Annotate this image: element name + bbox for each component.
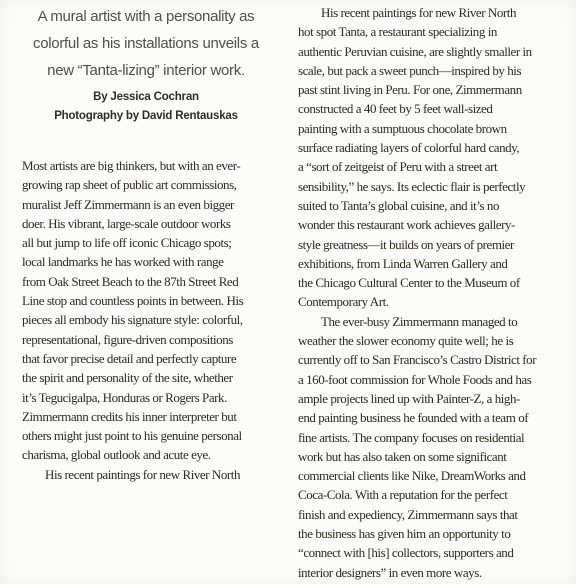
deck-line: colorful as his installations unveils a — [0, 30, 292, 57]
body-text-line: The ever-busy Zimmermann managed to — [298, 312, 572, 331]
body-text-line: currently off to San Francisco’s Castro … — [298, 350, 572, 369]
body-text-line: ample projects lined up with Painter-Z, … — [298, 389, 572, 408]
magazine-article-page: A mural artist with a personality as col… — [0, 0, 576, 584]
body-text-line: commercial clients like Nike, DreamWorks… — [298, 466, 572, 485]
body-text-line: muralist Jeff Zimmermann is an even bigg… — [22, 195, 284, 214]
body-text-line: the Chicago Cultural Center to the Museu… — [298, 273, 572, 292]
left-column-text: Most artists are big thinkers, but with … — [22, 156, 284, 484]
body-text-line: from Oak Street Beach to the 87th Street… — [22, 272, 284, 291]
body-text-line: a 160-foot commission for Whole Foods an… — [298, 370, 572, 389]
body-text-line: weather the slower economy quite well; h… — [298, 331, 572, 350]
body-text-line: scale, but pack a sweet punch—inspired b… — [298, 61, 572, 80]
body-text-line: local landmarks he has worked with range — [22, 252, 284, 271]
body-text-line: finish and expediency, Zimmermann says t… — [298, 505, 572, 524]
article-deck-headline: A mural artist with a personality as col… — [0, 3, 292, 84]
byline: By Jessica Cochran — [0, 88, 292, 107]
body-text-line: surface radiating layers of colorful har… — [298, 138, 572, 157]
body-text-line: doer. His vibrant, large-scale outdoor w… — [22, 214, 284, 233]
body-text-line: sensibility,” he says. Its eclectic flai… — [298, 177, 572, 196]
body-text-line: Most artists are big thinkers, but with … — [22, 156, 284, 175]
body-text-line: growing rap sheet of public art commissi… — [22, 175, 284, 194]
body-text-line: all but jump to life off iconic Chicago … — [22, 233, 284, 252]
deck-line: A mural artist with a personality as — [0, 3, 292, 30]
right-column-text: His recent paintings for new River North… — [298, 3, 572, 582]
body-text-line: the spirit and personality of the site, … — [22, 368, 284, 387]
body-text-line: Contemporary Art. — [298, 292, 572, 311]
body-text-line: painting with a sumptuous chocolate brow… — [298, 119, 572, 138]
body-text-line: Coca-Cola. With a reputation for the per… — [298, 485, 572, 504]
body-text-line: that favor precise detail and perfectly … — [22, 349, 284, 368]
body-text-line: work but has also taken on some signific… — [298, 447, 572, 466]
photo-credit: Photography by David Rentauskas — [0, 107, 292, 126]
body-text-line: style greatness—it builds on years of pr… — [298, 235, 572, 254]
body-text-line: hot spot Tanta, a restaurant specializin… — [298, 22, 572, 41]
body-text-line: authentic Peruvian cuisine, are slightly… — [298, 42, 572, 61]
body-text-line: Zimmermann credits his inner interpreter… — [22, 407, 284, 426]
body-text-line: suited to Tanta’s global cuisine, and it… — [298, 196, 572, 215]
body-text-line: charisma, global outlook and acute eye. — [22, 445, 284, 464]
body-text-line: the business has given him an opportunit… — [298, 524, 572, 543]
body-text-line: Line stop and countless points in betwee… — [22, 291, 284, 310]
body-text-line: fine artists. The company focuses on res… — [298, 428, 572, 447]
body-text-line: interior designers” in even more ways. — [298, 563, 572, 582]
body-text-line: it’s Tegucigalpa, Honduras or Rogers Par… — [22, 388, 284, 407]
body-text-line: end painting business he founded with a … — [298, 408, 572, 427]
body-text-line: wonder this restaurant work achieves gal… — [298, 215, 572, 234]
body-text-line: “connect with [his] collectors, supporte… — [298, 543, 572, 562]
body-text-line: pieces all embody his signature style: c… — [22, 310, 284, 329]
body-text-line: His recent paintings for new River North — [298, 3, 572, 22]
body-text-line: a “sort of zeitgeist of Peru with a stre… — [298, 157, 572, 176]
deck-line: new “Tanta-lizing” interior work. — [0, 57, 292, 84]
body-text-line: others might just point to his genuine p… — [22, 426, 284, 445]
body-text-line: constructed a 40 feet by 5 feet wall-siz… — [298, 99, 572, 118]
body-text-line: exhibitions, from Linda Warren Gallery a… — [298, 254, 572, 273]
body-text-line: past stint living in Peru. For one, Zimm… — [298, 80, 572, 99]
byline-block: By Jessica Cochran Photography by David … — [0, 88, 292, 126]
body-text-line: representational, figure-driven composit… — [22, 330, 284, 349]
body-text-line: His recent paintings for new River North — [22, 465, 284, 484]
